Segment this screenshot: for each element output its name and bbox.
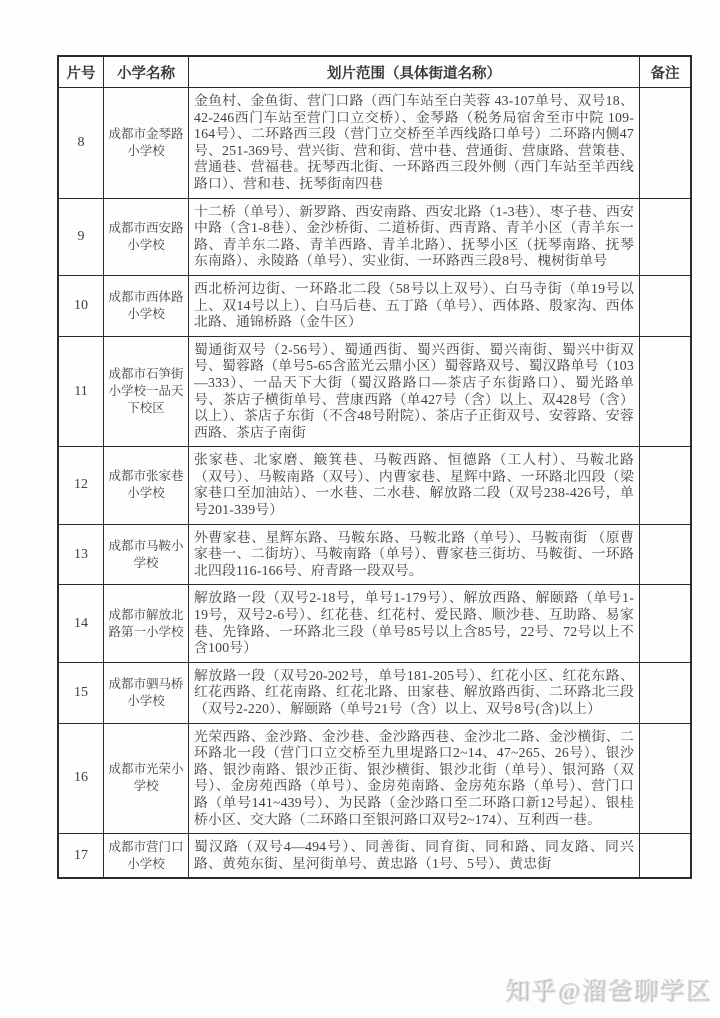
remark-cell xyxy=(640,336,692,447)
remark-cell xyxy=(640,662,692,723)
school-name-cell: 成都市驷马桥小学校 xyxy=(104,662,189,723)
school-name-cell: 成都市光荣小学校 xyxy=(104,723,189,834)
school-name-cell: 成都市金琴路小学校 xyxy=(104,88,189,199)
remark-cell xyxy=(640,834,692,879)
range-cell: 十二桥（单号）、新罗路、西安南路、西安北路（1-3巷）、枣子巷、西安中路（含1-… xyxy=(189,198,640,275)
piece-number-cell: 8 xyxy=(58,88,104,199)
range-cell: 张家巷、北家磨、簸箕巷、马鞍西路、恒德路（工人村）、马鞍北路（双号）、马鞍南路（… xyxy=(189,447,640,524)
piece-number-cell: 12 xyxy=(58,447,104,524)
header-school-name: 小学名称 xyxy=(104,56,189,88)
scanned-document-page: 片号 小学名称 划片范围（具体街道名称） 备注 8成都市金琴路小学校金鱼村、金鱼… xyxy=(0,0,720,1018)
watermark-text: 知乎@溜爸聊学区 xyxy=(506,971,712,1006)
header-piece-number: 片号 xyxy=(58,56,104,88)
remark-cell xyxy=(640,585,692,662)
range-cell: 西北桥河边街、一环路北二段（58号以上双号）、白马寺街（单19号以上、双14号以… xyxy=(189,275,640,336)
table-row: 15成都市驷马桥小学校解放路一段（双号20-202号，单号181-205号）、红… xyxy=(58,662,691,723)
table-row: 16成都市光荣小学校光荣西路、金沙路、金沙巷、金沙路西巷、金沙北二路、金沙横街、… xyxy=(58,723,691,834)
header-row: 片号 小学名称 划片范围（具体街道名称） 备注 xyxy=(58,56,691,88)
table-row: 10成都市西体路小学校西北桥河边街、一环路北二段（58号以上双号）、白马寺街（单… xyxy=(58,275,691,336)
school-name-cell: 成都市马鞍小学校 xyxy=(104,524,189,585)
piece-number-cell: 11 xyxy=(58,336,104,447)
school-district-table: 片号 小学名称 划片范围（具体街道名称） 备注 8成都市金琴路小学校金鱼村、金鱼… xyxy=(57,55,692,879)
range-cell: 解放路一段（双号2-18号，单号1-179号）、解放西路、解颐路（单号1-19号… xyxy=(189,585,640,662)
school-name-cell: 成都市解放北路第一小学校 xyxy=(104,585,189,662)
table-row: 17成都市营门口小学校蜀汉路（双号4—494号）、同善街、同育街、同和路、同友路… xyxy=(58,834,691,879)
school-name-cell: 成都市张家巷小学校 xyxy=(104,447,189,524)
piece-number-cell: 16 xyxy=(58,723,104,834)
table-row: 12成都市张家巷小学校张家巷、北家磨、簸箕巷、马鞍西路、恒德路（工人村）、马鞍北… xyxy=(58,447,691,524)
table-row: 14成都市解放北路第一小学校解放路一段（双号2-18号，单号1-179号）、解放… xyxy=(58,585,691,662)
range-cell: 蜀汉路（双号4—494号）、同善街、同育街、同和路、同友路、同兴路、黄苑东街、星… xyxy=(189,834,640,879)
table-body: 8成都市金琴路小学校金鱼村、金鱼街、营门口路（西门车站至白芙蓉 43-107单号… xyxy=(58,88,691,879)
table-row: 11成都市石笋街小学校一品天下校区蜀通街双号（2-56号）、蜀通西街、蜀兴西街、… xyxy=(58,336,691,447)
table-row: 13成都市马鞍小学校外曹家巷、星辉东路、马鞍东路、马鞍北路（单号）、马鞍南街 （… xyxy=(58,524,691,585)
remark-cell xyxy=(640,275,692,336)
school-name-cell: 成都市营门口小学校 xyxy=(104,834,189,879)
range-cell: 外曹家巷、星辉东路、马鞍东路、马鞍北路（单号）、马鞍南街 （原曹家巷一、二街坊）… xyxy=(189,524,640,585)
header-remark: 备注 xyxy=(640,56,692,88)
remark-cell xyxy=(640,198,692,275)
school-name-cell: 成都市西安路小学校 xyxy=(104,198,189,275)
remark-cell xyxy=(640,88,692,199)
school-name-cell: 成都市石笋街小学校一品天下校区 xyxy=(104,336,189,447)
range-cell: 蜀通街双号（2-56号）、蜀通西街、蜀兴西街、蜀兴南街、蜀兴中街双号、蜀蓉路（单… xyxy=(189,336,640,447)
header-range: 划片范围（具体街道名称） xyxy=(189,56,640,88)
remark-cell xyxy=(640,723,692,834)
piece-number-cell: 10 xyxy=(58,275,104,336)
piece-number-cell: 13 xyxy=(58,524,104,585)
piece-number-cell: 9 xyxy=(58,198,104,275)
range-cell: 光荣西路、金沙路、金沙巷、金沙路西巷、金沙北二路、金沙横街、二环路北一段（营门口… xyxy=(189,723,640,834)
piece-number-cell: 15 xyxy=(58,662,104,723)
table-header: 片号 小学名称 划片范围（具体街道名称） 备注 xyxy=(58,56,691,88)
table-row: 9成都市西安路小学校十二桥（单号）、新罗路、西安南路、西安北路（1-3巷）、枣子… xyxy=(58,198,691,275)
school-name-cell: 成都市西体路小学校 xyxy=(104,275,189,336)
table-row: 8成都市金琴路小学校金鱼村、金鱼街、营门口路（西门车站至白芙蓉 43-107单号… xyxy=(58,88,691,199)
remark-cell xyxy=(640,524,692,585)
piece-number-cell: 14 xyxy=(58,585,104,662)
range-cell: 金鱼村、金鱼街、营门口路（西门车站至白芙蓉 43-107单号、双号18、42-2… xyxy=(189,88,640,199)
piece-number-cell: 17 xyxy=(58,834,104,879)
range-cell: 解放路一段（双号20-202号，单号181-205号）、红花小区、红花东路、红花… xyxy=(189,662,640,723)
remark-cell xyxy=(640,447,692,524)
